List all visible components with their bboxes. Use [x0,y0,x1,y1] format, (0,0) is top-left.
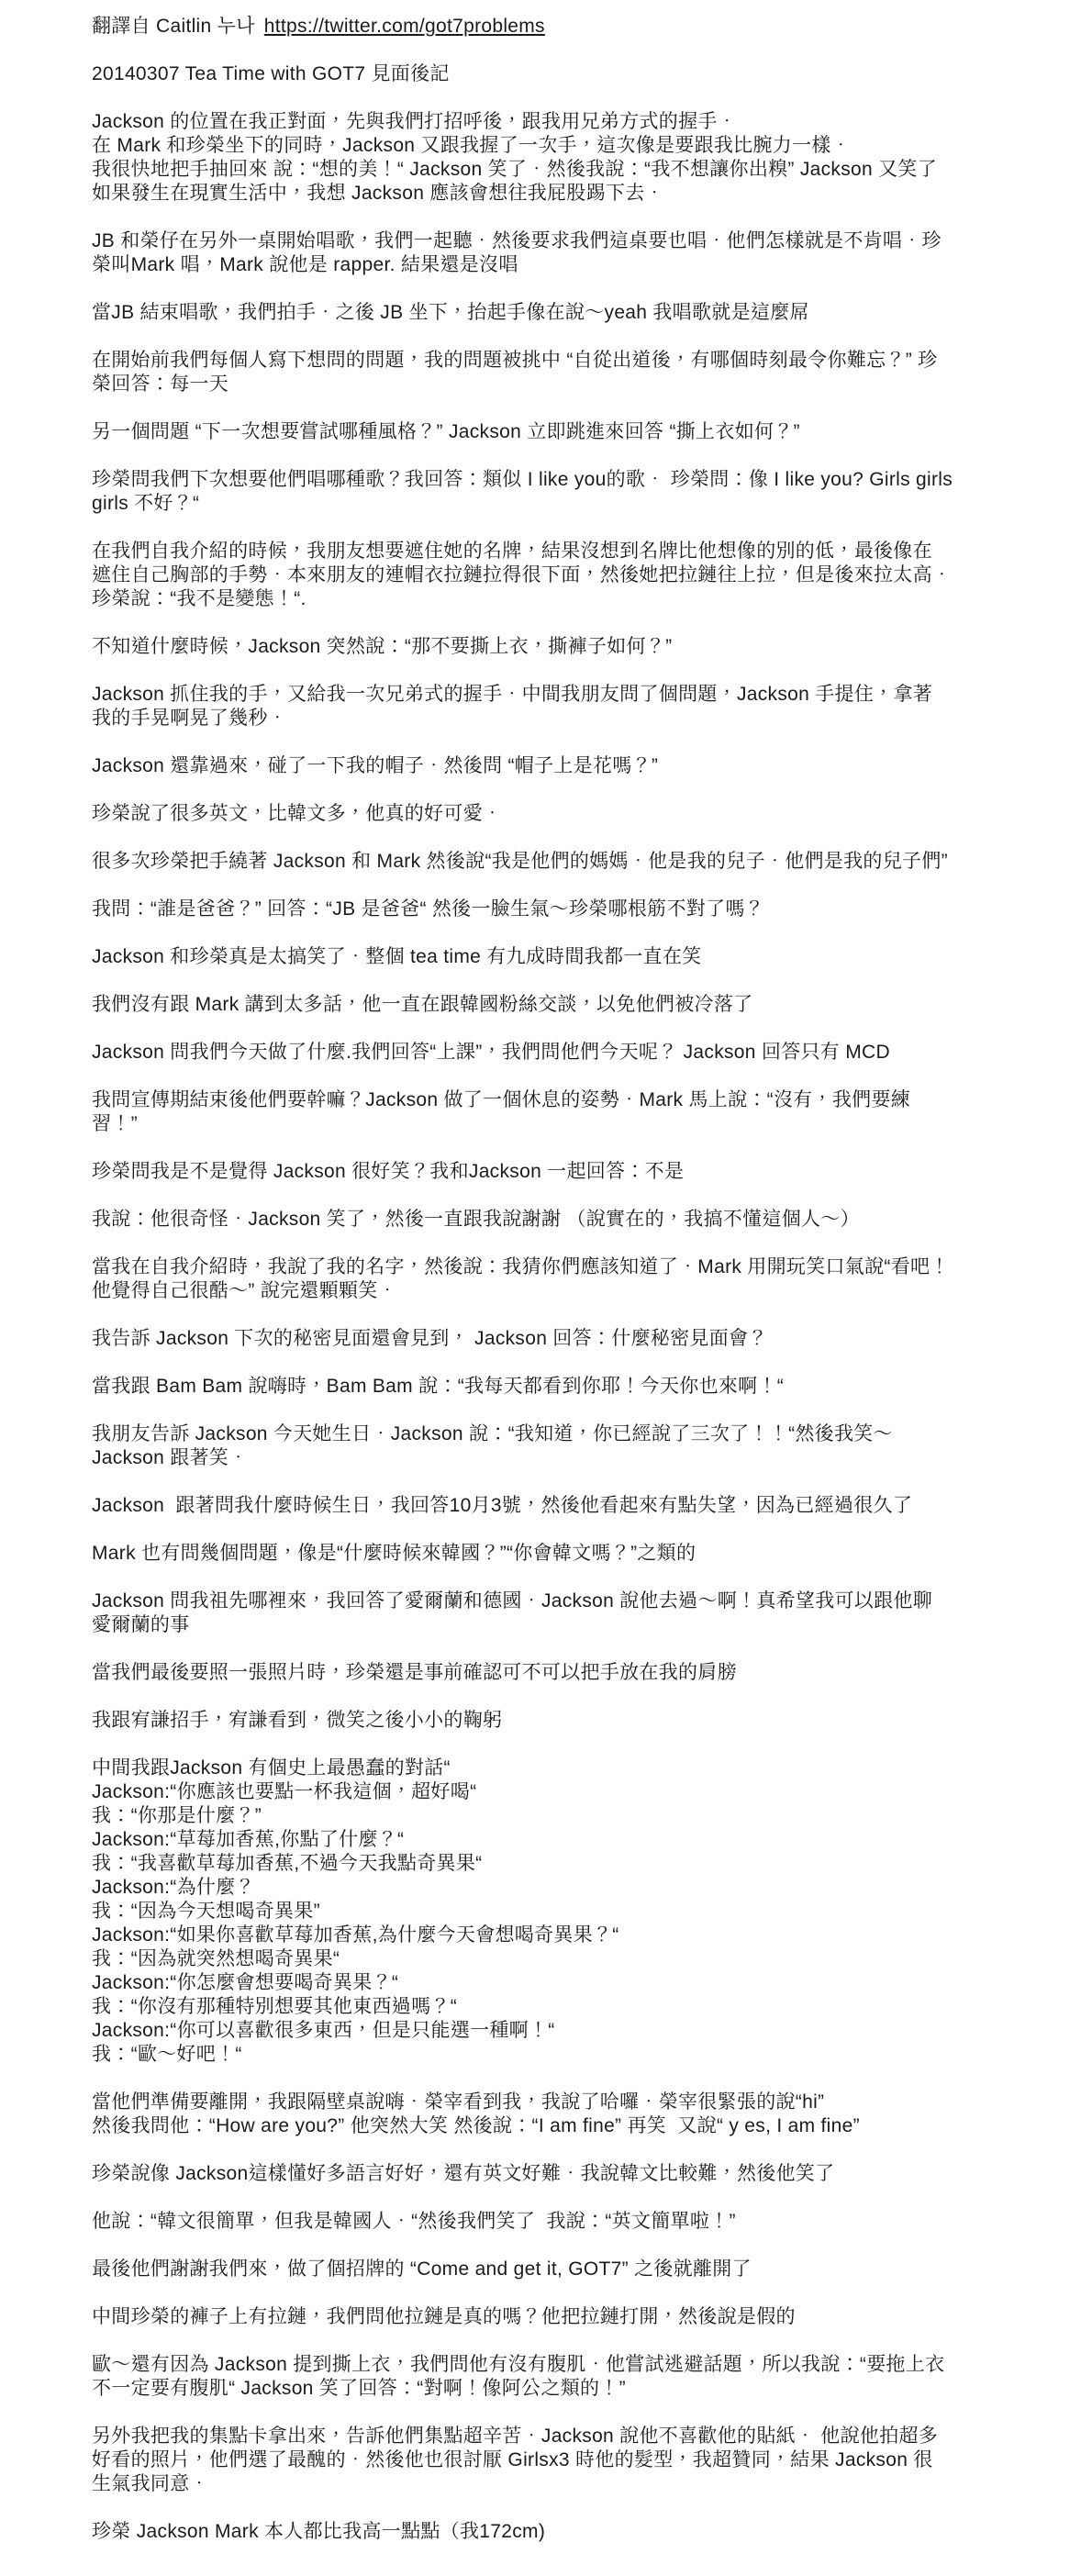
paragraph: Jackson 還靠過來，碰了一下我的帽子．然後問 “帽子上是花嗎？” [92,754,1050,778]
paragraph: 當我們最後要照一張照片時，珍榮還是事前確認可不可以把手放在我的肩膀 [92,1661,1050,1685]
paragraph: 我問：“誰是爸爸？” 回答：“JB 是爸爸“ 然後一臉生氣～珍榮哪根筋不對了嗎？ [92,898,1050,921]
paragraph: 他說：“韓文很簡單，但我是韓國人．“然後我們笑了 我說：“英文簡單啦！” [92,2210,1050,2234]
paragraph: 不知道什麼時候，Jackson 突然說：“那不要撕上衣，撕褲子如何？” [92,635,1050,659]
paragraph: 另一個問題 “下一次想要嘗試哪種風格？” Jackson 立即跳進來回答 “撕上… [92,420,1050,444]
paragraph: Jackson 和珍榮真是太搞笑了．整個 tea time 有九成時間我都一直在… [92,945,1050,969]
paragraph: 當他們準備要離開，我跟隔壁桌說嗨．榮宰看到我，我說了哈囉．榮宰很緊張的說“hi”… [92,2091,1050,2138]
paragraph: 中間珍榮的褲子上有拉鏈，我們問他拉鏈是真的嗎？他把拉鏈打開，然後說是假的 [92,2305,1050,2329]
paragraph: 歐～還有因為 Jackson 提到撕上衣，我們問他有沒有腹肌．他嘗試逃避話題，所… [92,2353,1050,2401]
paragraph: 我朋友告訴 Jackson 今天她生日．Jackson 說：“我知道，你已經說了… [92,1422,1050,1470]
paragraph: 中間我跟Jackson 有個史上最愚蠢的對話“ Jackson:“你應該也要點一… [92,1756,1050,2067]
paragraph: 珍榮問我是不是覺得 Jackson 很好笑？我和Jackson 一起回答：不是 [92,1160,1050,1184]
paragraph: Mark 也有問幾個問題，像是“什麼時候來韓國？”“你會韓文嗎？”之類的 [92,1542,1050,1566]
paragraph: 珍榮說了很多英文，比韓文多，他真的好可愛． [92,802,1050,826]
page-title: 20140307 Tea Time with GOT7 見面後記 [92,62,1050,86]
paragraph: 我們沒有跟 Mark 講到太多話，他一直在跟韓國粉絲交談，以免他們被冷落了 [92,993,1050,1017]
paragraph: 珍榮 Jackson Mark 本人都比我高一點點（我172cm) [92,2520,1050,2544]
paragraph: 很多次珍榮把手繞著 Jackson 和 Mark 然後說“我是他們的媽媽．他是我… [92,850,1050,874]
paragraph: 在我們自我介紹的時候，我朋友想要遮住她的名牌，結果沒想到名牌比他想像的別的低，最… [92,540,1050,611]
paragraph: JB 和榮仔在另外一桌開始唱歌，我們一起聽．然後要求我們這桌要也唱．他們怎樣就是… [92,229,1050,277]
paragraph: 我說：他很奇怪．Jackson 笑了，然後一直跟我說謝謝 （說實在的，我搞不懂這… [92,1208,1050,1232]
paragraph: Jackson 跟著問我什麼時候生日，我回答10月3號，然後他看起來有點失望，因… [92,1494,1050,1518]
paragraph: 另外我把我的集點卡拿出來，告訴他們集點超辛苦．Jackson 說他不喜歡他的貼紙… [92,2425,1050,2496]
paragraph: 當我跟 Bam Bam 說嗨時，Bam Bam 說：“我每天都看到你耶！今天你也… [92,1375,1050,1399]
paragraph: 最後他們謝謝我們來，做了個招牌的 “Come and get it, GOT7”… [92,2258,1050,2281]
paragraph: Jackson 問我祖先哪裡來，我回答了愛爾蘭和德國．Jackson 說他去過～… [92,1589,1050,1637]
document-page: 翻譯自 Caitlin 누나https://twitter.com/got7pr… [0,0,1092,2576]
paragraph: Jackson 抓住我的手，又給我一次兄弟式的握手．中間我朋友問了個問題，Jac… [92,683,1050,730]
paragraph: 在開始前我們每個人寫下想問的問題，我的問題被挑中 “自從出道後，有哪個時刻最令你… [92,349,1050,396]
paragraph: 珍榮問我們下次想要他們唱哪種歌？我回答：類似 I like you的歌． 珍榮問… [92,468,1050,516]
credit-text: 翻譯自 Caitlin 누나 [92,16,255,37]
paragraph: 我告訴 Jackson 下次的秘密見面還會見到， Jackson 回答：什麼秘密… [92,1327,1050,1351]
paragraph: Jackson 的位置在我正對面，先與我們打招呼後，跟我用兄弟方式的握手． 在 … [92,110,1050,206]
paragraph: 我問宣傳期結束後他們要幹嘛？Jackson 做了一個休息的姿勢．Mark 馬上說… [92,1088,1050,1136]
twitter-link[interactable]: https://twitter.com/got7problems [264,16,545,37]
paragraph: 我跟宥謙招手，宥謙看到，微笑之後小小的鞠躬 [92,1709,1050,1733]
paragraph: Jackson 問我們今天做了什麼.我們回答“上課”，我們問他們今天呢？ Jac… [92,1041,1050,1065]
paragraph: 當我在自我介紹時，我說了我的名字，然後說：我猜你們應該知道了．Mark 用開玩笑… [92,1255,1050,1303]
paragraph: 當JB 結束唱歌，我們拍手．之後 JB 坐下，抬起手像在說～yeah 我唱歌就是… [92,301,1050,325]
paragraph-container: Jackson 的位置在我正對面，先與我們打招呼後，跟我用兄弟方式的握手． 在 … [92,110,1050,2544]
credit-line: 翻譯自 Caitlin 누나https://twitter.com/got7pr… [92,15,1050,39]
paragraph: 珍榮說像 Jackson這樣懂好多語言好好，還有英文好難．我說韓文比較難，然後他… [92,2162,1050,2186]
